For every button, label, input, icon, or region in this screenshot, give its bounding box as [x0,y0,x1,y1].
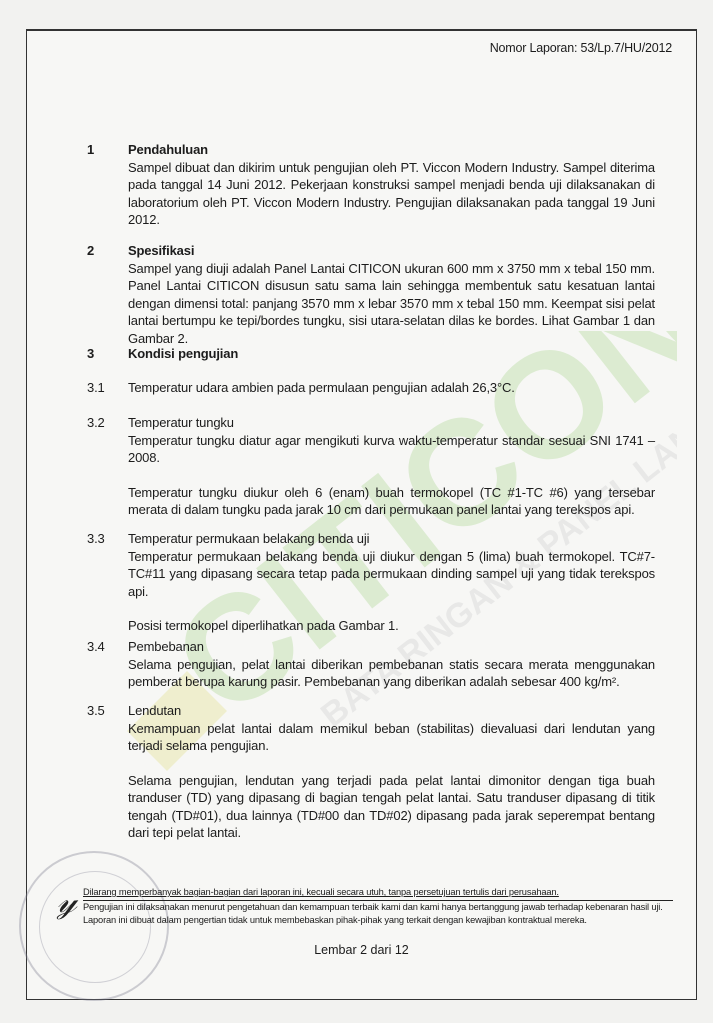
section-number: 1 [87,141,94,159]
section-title: Pendahuluan [128,141,655,159]
section-number: 3.1 [87,379,105,397]
section-paragraph: Temperatur tungku diukur oleh 6 (enam) b… [128,484,655,519]
footer-notes: Dilarang memperbanyak bagian-bagian dari… [83,886,673,927]
section-paragraph: Sampel dibuat dan dikirim untuk pengujia… [128,159,655,229]
section-number: 3.5 [87,702,105,720]
section-paragraph: Posisi termokopel diperlihatkan pada Gam… [128,617,655,635]
section-subtitle: Pembebanan [128,638,655,656]
page-number: Lembar 2 dari 12 [27,943,696,957]
section-paragraph: Selama pengujian, pelat lantai diberikan… [128,656,655,691]
section-number: 3.3 [87,530,105,548]
section-paragraph: Kemampuan pelat lantai dalam memikul beb… [128,720,655,755]
section-paragraph: Selama pengujian, lendutan yang terjadi … [128,772,655,842]
section-subtitle: Temperatur tungku [128,414,655,432]
report-number: Nomor Laporan: 53/Lp.7/HU/2012 [490,41,672,55]
report-page: CITICON BATA RINGAN & PANEL LANTAI Nomor… [26,29,697,1000]
section-number: 3.4 [87,638,105,656]
section-subtitle: Temperatur permukaan belakang benda uji [128,530,655,548]
section-title: Spesifikasi [128,242,655,260]
section-paragraph: Temperatur udara ambien pada permulaan p… [128,379,655,397]
section-number: 2 [87,242,94,260]
section-title: Kondisi pengujian [128,345,655,363]
section-subtitle: Lendutan [128,702,655,720]
section-number: 3.2 [87,414,105,432]
section-paragraph: Temperatur tungku diatur agar mengikuti … [128,432,655,467]
section-paragraph: Sampel yang diuji adalah Panel Lantai CI… [128,260,655,348]
signature-icon: 𝓎 [57,881,77,921]
section-number: 3 [87,345,94,363]
copy-warning: Dilarang memperbanyak bagian-bagian dari… [83,886,673,901]
disclaimer: Pengujian ini dilaksanakan menurut penge… [83,901,673,927]
section-paragraph: Temperatur permukaan belakang benda uji … [128,548,655,601]
